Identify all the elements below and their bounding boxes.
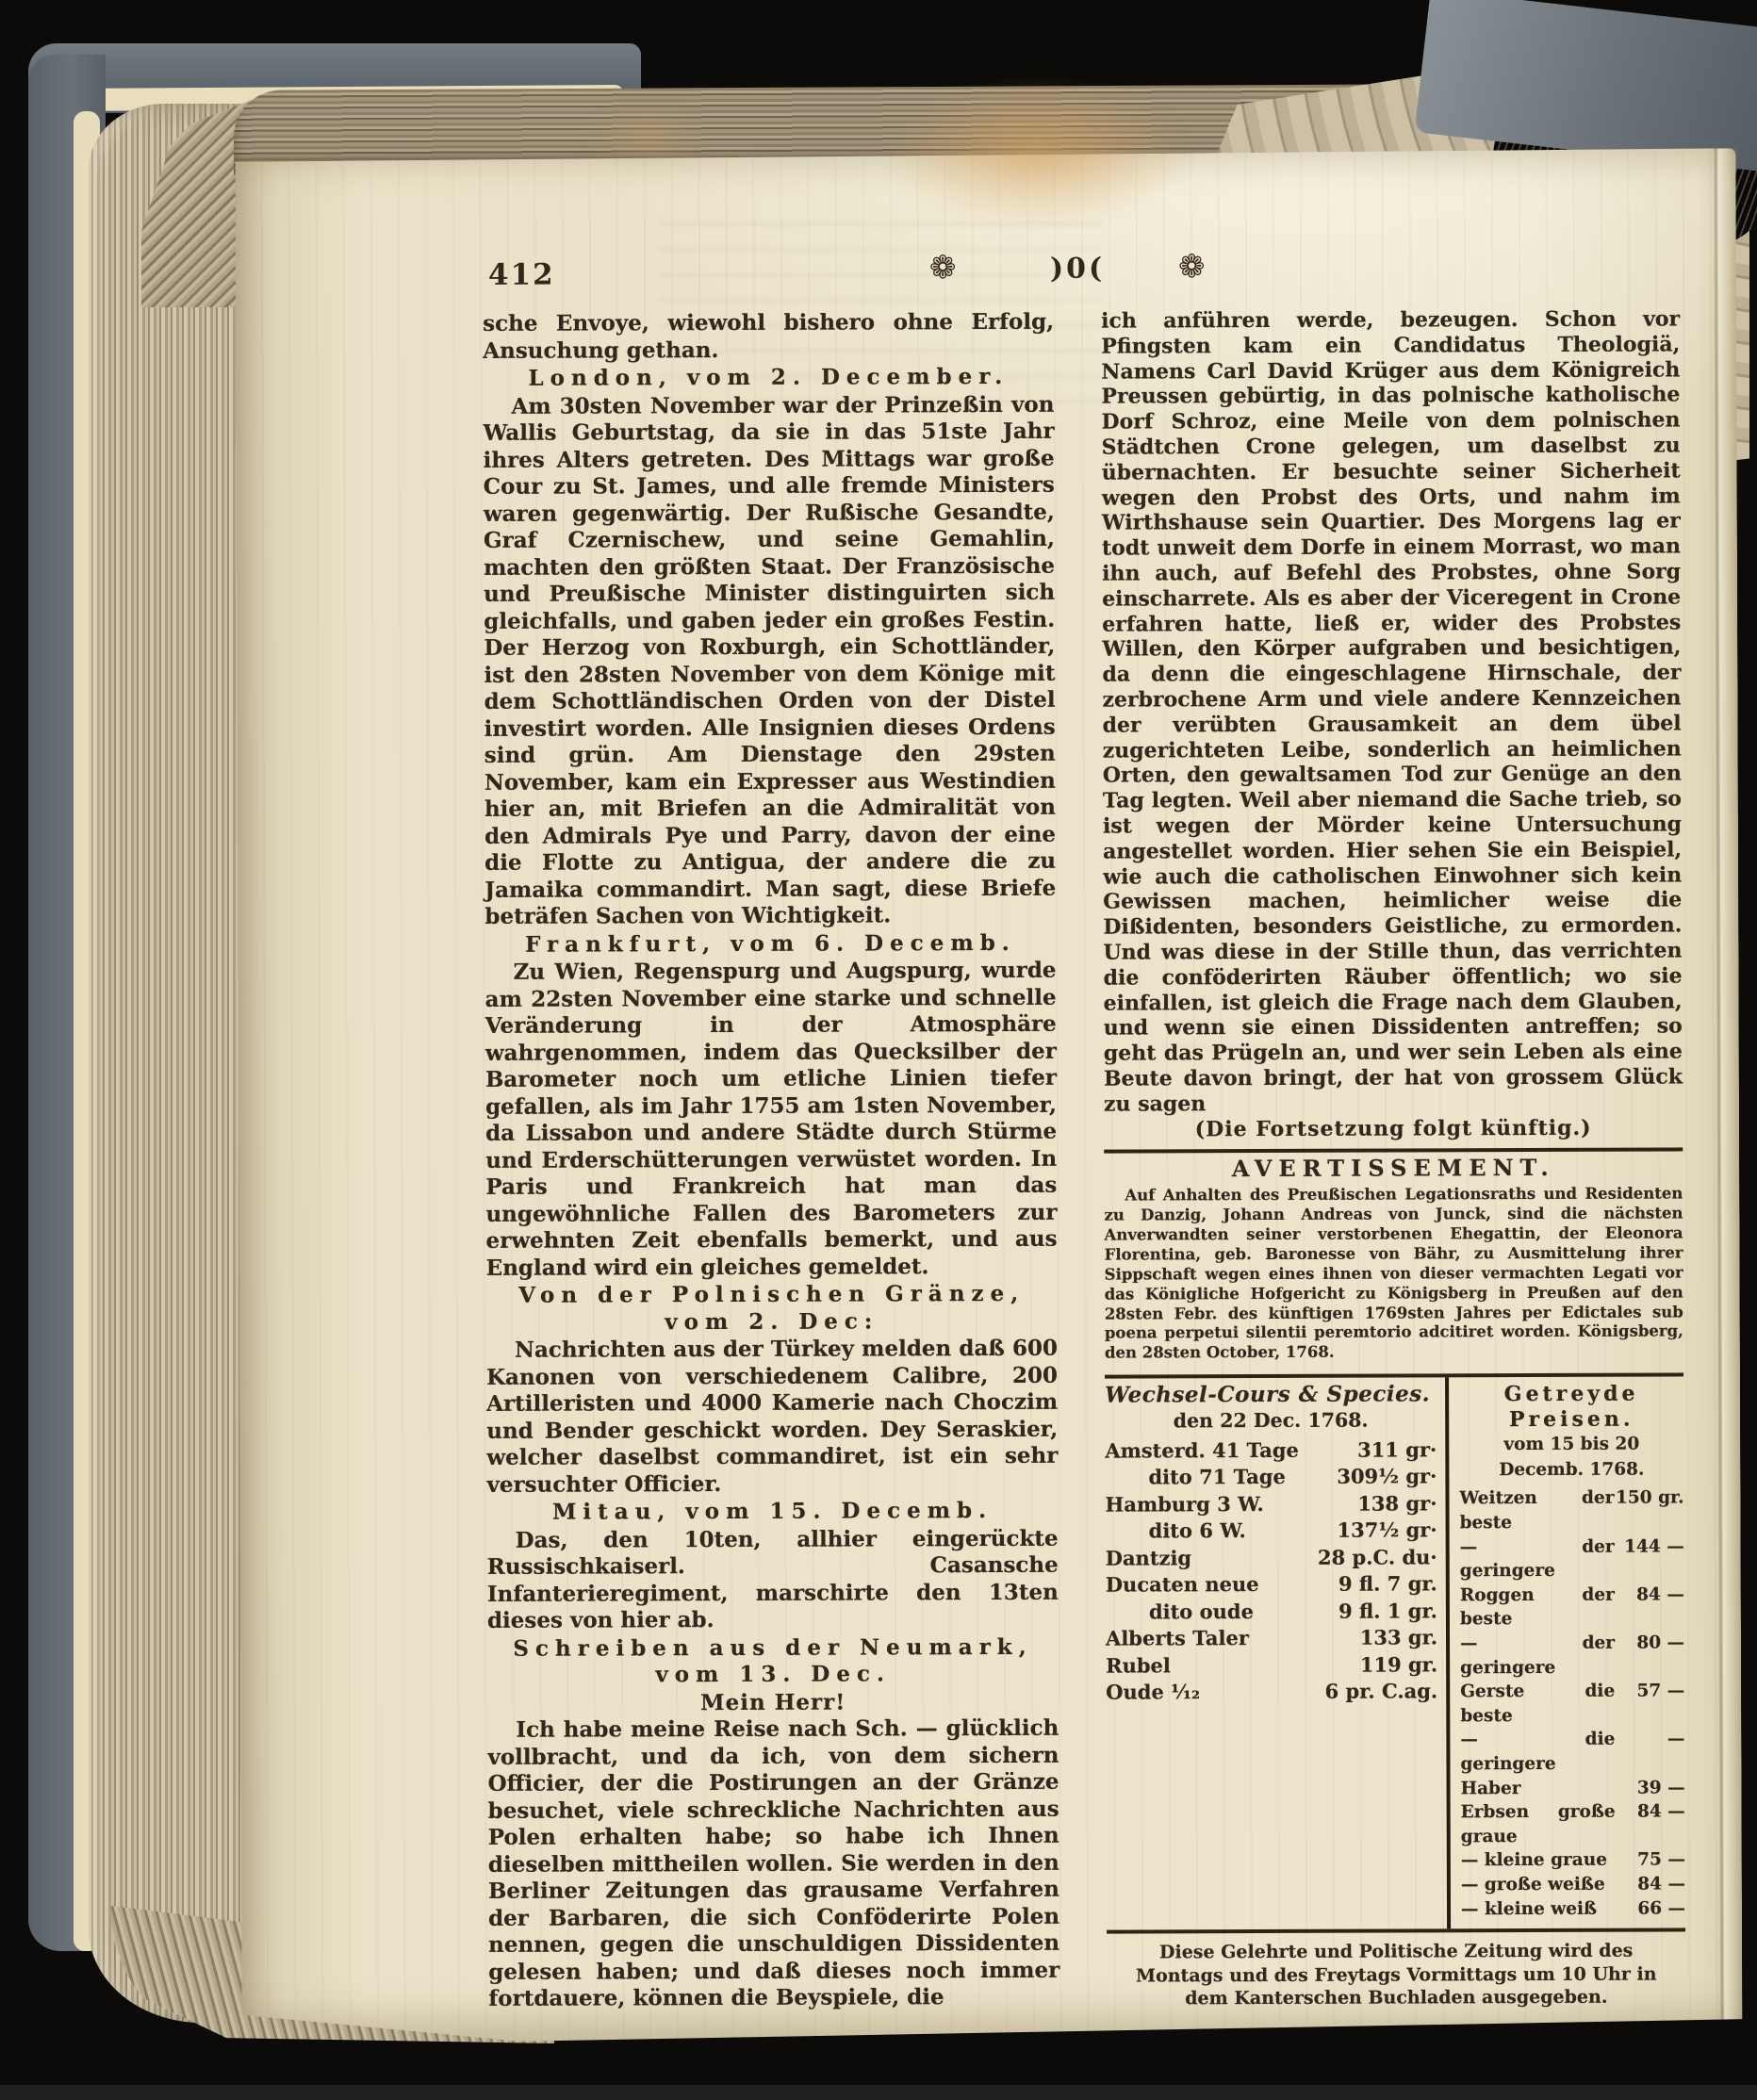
exchange-row-value: 311 gr· — [1357, 1436, 1437, 1464]
grain-row: Roggen der beste 84 — — [1460, 1583, 1684, 1632]
exchange-rates-panel: Wechsel-Cours & Species. den 22 Dec. 176… — [1105, 1378, 1444, 1930]
left-column: sche Envoye, wiewohl bishero ohne Erfolg… — [483, 309, 1059, 2013]
exchange-row-label: Ducaten neue — [1106, 1571, 1259, 1599]
exchange-title: Wechsel-Cours & Species. — [1105, 1383, 1437, 1409]
exchange-row-value: 138 gr· — [1357, 1490, 1437, 1518]
exchange-row: Alberts Taler 133 gr. — [1106, 1625, 1437, 1653]
text-block: Das, den 10ten, allhier eingerückte Russ… — [487, 1525, 1059, 1634]
grain-row-value: 39 — — [1616, 1776, 1685, 1800]
signature-mark: )0( — [1050, 253, 1105, 286]
text-block: Von der Polnischen Gränze, vom 2. Dec: — [486, 1281, 1058, 1337]
text-block: Nachrichten aus der Türkey melden daß 60… — [486, 1336, 1059, 1499]
grain-row-label: Erbsen große graue — [1461, 1800, 1616, 1849]
grain-row: Erbsen große graue 84 — — [1461, 1800, 1685, 1849]
grain-row: Haber 39 — — [1461, 1776, 1685, 1800]
exchange-row: dito 6 W. 137½ gr· — [1106, 1518, 1437, 1546]
exchange-row: dito oude 9 fl. 1 gr. — [1106, 1598, 1437, 1626]
table-divider-rule — [1445, 1378, 1451, 1929]
exchange-row-label: dito 6 W. — [1106, 1518, 1246, 1545]
grain-row-value: 66 — — [1616, 1896, 1685, 1921]
avertissement-body: Auf Anhalten des Preußischen Legationsra… — [1104, 1185, 1683, 1364]
page-number: 412 — [488, 258, 555, 292]
grain-row: — kleine graue 75 — — [1461, 1848, 1685, 1873]
grain-row: — die geringere — — [1460, 1728, 1684, 1777]
exchange-row-value: 6 pr. C.ag. — [1325, 1679, 1438, 1706]
grain-row-label: — kleine weiß — [1461, 1896, 1597, 1921]
text-block: Mein Herr! — [487, 1688, 1059, 1717]
printer-ornament-right-icon: ❁ — [1178, 248, 1206, 286]
grain-row-label: Weitzen der beste — [1459, 1486, 1614, 1535]
exchange-row: Hamburg 3 W. 138 gr· — [1105, 1490, 1437, 1518]
grain-row-value: 57 — — [1615, 1680, 1684, 1728]
text-block: Ich habe meine Reise nach Sch. — glückli… — [487, 1715, 1059, 2013]
exchange-row-label: Dantzig — [1106, 1545, 1191, 1572]
grain-row-value: 75 — — [1616, 1848, 1685, 1873]
text-block: sche Envoye, wiewohl bishero ohne Erfolg… — [483, 309, 1054, 365]
avertissement-title: AVERTISSEMENT. — [1104, 1156, 1683, 1183]
exchange-row-value: 133 gr. — [1360, 1625, 1437, 1652]
grain-row-label: — die geringere — [1460, 1728, 1615, 1777]
grain-row-value: 84 — — [1616, 1872, 1685, 1896]
grain-row-value: 144 — — [1615, 1534, 1684, 1583]
exchange-row-value: 28 p.C. du· — [1318, 1544, 1437, 1571]
exchange-row-label: Hamburg 3 W. — [1105, 1491, 1263, 1518]
grain-row: Weitzen der beste 150 gr. — [1459, 1486, 1683, 1535]
text-block: London, vom 2. December. — [483, 364, 1054, 393]
exchange-row-label: Rubel — [1106, 1652, 1171, 1680]
grain-row: — der geringere 144 — — [1460, 1534, 1684, 1583]
text-block: Schreiben aus der Neumark, vom 13. Dec. — [487, 1633, 1059, 1689]
grain-row: — große weiße 84 — — [1461, 1872, 1685, 1896]
grain-rows: Weitzen der beste 150 gr. — der geringer… — [1459, 1486, 1685, 1922]
grain-row-value: 80 — — [1615, 1631, 1684, 1679]
grain-row-value: 84 — — [1615, 1583, 1684, 1631]
right-column: ich anführen werde, bezeugen. Schon vor … — [1101, 306, 1685, 2010]
grain-row-value: 84 — — [1616, 1800, 1685, 1848]
text-block: Am 30sten November war der Prinzeßin von… — [483, 391, 1056, 930]
grain-row-label: — kleine graue — [1461, 1848, 1607, 1873]
text-block: ich anführen werde, bezeugen. Schon vor … — [1101, 306, 1683, 1117]
exchange-row: Oude ¹⁄₁₂ 6 pr. C.ag. — [1106, 1679, 1437, 1707]
grain-row-label: Gerste die beste — [1460, 1680, 1615, 1729]
exchange-rows: Amsterd. 41 Tage 311 gr· dito 71 Tage 30… — [1105, 1436, 1437, 1706]
grain-row-value: 150 gr. — [1614, 1486, 1683, 1534]
scanned-book-photo: 412 ❁ )0( ❁ sche Envoye, wiewohl bishero… — [0, 0, 1757, 2100]
grain-row: — kleine weiß 66 — — [1461, 1896, 1685, 1921]
grain-row: Gerste die beste 57 — — [1460, 1680, 1684, 1729]
grain-row-label: Roggen der beste — [1460, 1583, 1615, 1632]
grain-row-label: — große weiße — [1461, 1873, 1605, 1897]
grain-row: — der geringere 80 — — [1460, 1631, 1684, 1680]
grain-row-value: — — [1615, 1728, 1684, 1776]
exchange-row: Rubel 119 gr. — [1106, 1651, 1437, 1680]
text-block: (Die Fortsetzung folgt künftig.) — [1104, 1115, 1683, 1142]
photo-bottom-strip — [0, 2085, 1757, 2100]
grain-row-label: — der geringere — [1460, 1534, 1615, 1583]
avertissement-section: AVERTISSEMENT. Auf Anhalten des Preußisc… — [1104, 1148, 1683, 1364]
exchange-row: dito 71 Tage 309½ gr· — [1105, 1464, 1437, 1492]
grain-row-label: Haber — [1461, 1777, 1521, 1801]
exchange-row: Dantzig 28 p.C. du· — [1106, 1544, 1437, 1572]
exchange-row-value: 137½ gr· — [1337, 1518, 1437, 1545]
exchange-row: Amsterd. 41 Tage 311 gr· — [1105, 1436, 1437, 1465]
text-block: Zu Wien, Regenspurg und Augspurg, wurde … — [484, 958, 1057, 1282]
exchange-row-value: 119 gr. — [1360, 1651, 1437, 1679]
exchange-row-label: Alberts Taler — [1106, 1625, 1249, 1652]
book-page: 412 ❁ )0( ❁ sche Envoye, wiewohl bishero… — [236, 148, 1743, 2043]
exchange-row-label: Oude ¹⁄₁₂ — [1106, 1680, 1200, 1707]
exchange-row-label: dito 71 Tage — [1105, 1464, 1286, 1491]
market-table: Wechsel-Cours & Species. den 22 Dec. 176… — [1105, 1373, 1685, 1934]
text-block: Frankfurt, vom 6. Decemb. — [484, 929, 1056, 959]
grain-prices-panel: Getreyde Preisen. vom 15 bis 20 Decemb. … — [1452, 1377, 1685, 1929]
grain-title: Getreyde Preisen. — [1459, 1382, 1683, 1433]
exchange-row-value: 9 fl. 7 gr. — [1338, 1571, 1437, 1599]
publication-notice: Diese Gelehrte und Politische Zeitung wi… — [1107, 1940, 1685, 2011]
exchange-row-value: 9 fl. 1 gr. — [1338, 1598, 1437, 1625]
exchange-row-label: dito oude — [1106, 1599, 1254, 1626]
right-column-text: ich anführen werde, bezeugen. Schon vor … — [1101, 306, 1683, 1141]
exchange-date: den 22 Dec. 1768. — [1105, 1407, 1437, 1434]
grain-date: vom 15 bis 20 Decemb. 1768. — [1459, 1432, 1683, 1483]
printer-ornament-left-icon: ❁ — [929, 249, 957, 287]
grain-row-label: — der geringere — [1460, 1632, 1615, 1681]
exchange-row-value: 309½ gr· — [1337, 1464, 1437, 1491]
text-block: Mitau, vom 15. Decemb. — [486, 1498, 1058, 1527]
exchange-row: Ducaten neue 9 fl. 7 gr. — [1106, 1571, 1437, 1600]
exchange-row-label: Amsterd. 41 Tage — [1105, 1437, 1299, 1465]
